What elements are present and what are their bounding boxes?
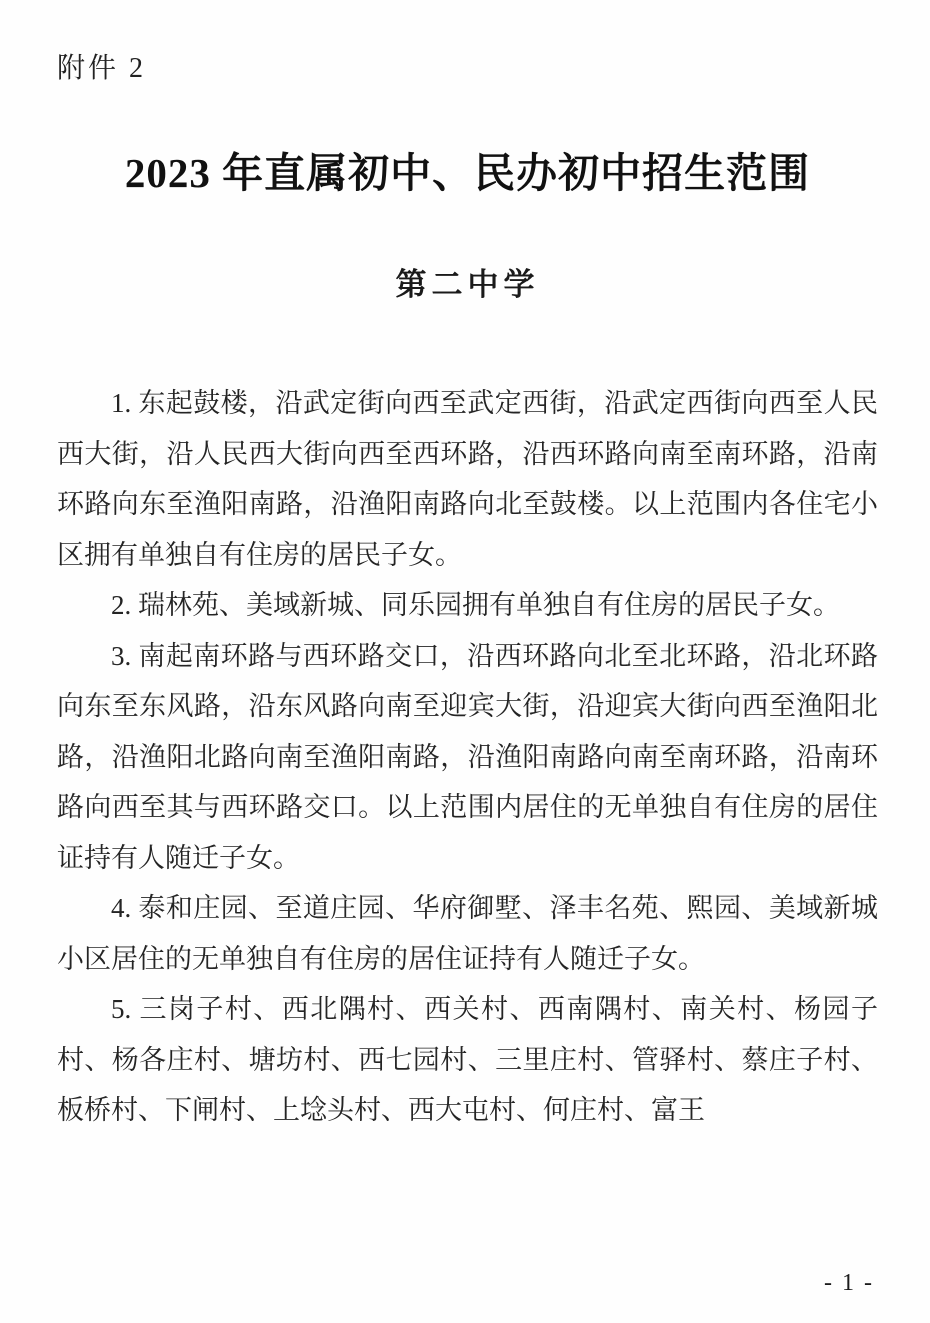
document-page: 附件 2 2023 年直属初中、民办初中招生范围 第二中学 1. 东起鼓楼，沿武… — [0, 0, 930, 1323]
paragraph-2: 2. 瑞林苑、美域新城、同乐园拥有单独自有住房的居民子女。 — [57, 580, 878, 631]
paragraph-5: 5. 三岗子村、西北隅村、西关村、西南隅村、南关村、杨园子村、杨各庄村、塘坊村、… — [57, 984, 878, 1136]
paragraph-1: 1. 东起鼓楼，沿武定街向西至武定西街，沿武定西街向西至人民西大街，沿人民西大街… — [57, 378, 878, 580]
paragraph-4: 4. 泰和庄园、至道庄园、华府御墅、泽丰名苑、熙园、美域新城小区居住的无单独自有… — [57, 883, 878, 984]
document-body: 1. 东起鼓楼，沿武定街向西至武定西街，沿武定西街向西至人民西大街，沿人民西大街… — [57, 378, 878, 1136]
school-name-heading: 第二中学 — [57, 259, 878, 304]
page-number: - 1 - — [824, 1270, 874, 1297]
paragraph-3: 3. 南起南环路与西环路交口，沿西环路向北至北环路，沿北环路向东至东风路，沿东风… — [57, 631, 878, 884]
document-title: 2023 年直属初中、民办初中招生范围 — [57, 140, 878, 199]
attachment-label: 附件 2 — [57, 46, 878, 86]
